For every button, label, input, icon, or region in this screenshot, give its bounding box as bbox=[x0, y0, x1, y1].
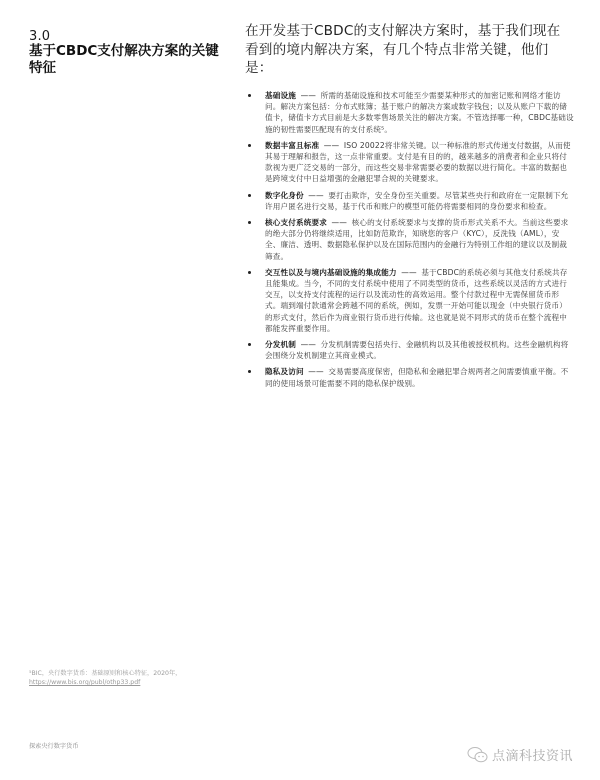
feature-item-interoperability: 交互性以及与境内基础设施的集成能力 —— 基于CBDC的系统必须与其他支付系统共… bbox=[244, 267, 574, 334]
feature-term: 隐私及访问 bbox=[265, 367, 304, 376]
watermark-text: 点滴科技资讯 bbox=[492, 745, 573, 764]
bullet-icon bbox=[248, 194, 251, 197]
feature-term: 交互性以及与境内基础设施的集成能力 bbox=[265, 268, 397, 277]
bullet-icon bbox=[248, 271, 251, 274]
em-dash: —— bbox=[301, 340, 317, 349]
feature-term: 基础设施 bbox=[265, 91, 296, 100]
feature-item-privacy: 隐私及访问 —— 交易需要高度保密，但隐私和金融犯罪合规两者之间需要慎重平衡。不… bbox=[244, 366, 574, 388]
footnote: ⁵BIC，央行数字货币：基础原则和核心特征，2020年， https://www… bbox=[29, 669, 229, 687]
section-title: 基于CBDC支付解决方案的关键特征 bbox=[29, 43, 229, 77]
section-number: 3.0 bbox=[29, 29, 50, 44]
feature-term: 核心支付系统要求 bbox=[265, 218, 327, 227]
bullet-icon bbox=[248, 221, 251, 224]
em-dash: —— bbox=[308, 191, 324, 200]
wechat-icon bbox=[467, 746, 489, 764]
feature-item-infrastructure: 基础设施 —— 所需的基础设施和技术可能至少需要某种形式的加密记账和网络才能访问… bbox=[244, 90, 574, 135]
feature-term: 数字化身份 bbox=[265, 191, 304, 200]
feature-term: 分发机制 bbox=[265, 340, 296, 349]
em-dash: —— bbox=[324, 141, 340, 150]
feature-item-data: 数据丰富且标准 —— ISO 20022将非常关键。以一种标准的形式传递支付数据… bbox=[244, 140, 574, 185]
feature-item-digital-identity: 数字化身份 —— 要打击欺诈，安全身份至关重要。尽管某些央行和政府在一定限制下允… bbox=[244, 190, 574, 212]
footnote-link[interactable]: https://www.bis.org/publ/othp33.pdf bbox=[29, 679, 140, 686]
bullet-icon bbox=[248, 94, 251, 97]
bullet-icon bbox=[248, 343, 251, 346]
footnote-text: ⁵BIC，央行数字货币：基础原则和核心特征，2020年， bbox=[29, 670, 181, 677]
feature-description: 基于CBDC的系统必须与其他支付系统共存且能集成。当今，不同的支付系统中使用了不… bbox=[265, 268, 567, 333]
watermark: 点滴科技资讯 bbox=[467, 745, 573, 764]
bullet-icon bbox=[248, 144, 251, 147]
feature-list: 基础设施 —— 所需的基础设施和技术可能至少需要某种形式的加密记账和网络才能访问… bbox=[244, 90, 574, 394]
em-dash: —— bbox=[308, 367, 324, 376]
feature-item-distribution: 分发机制 —— 分发机制需要包括央行、金融机构以及其他被授权机构。这些金融机构将… bbox=[244, 339, 574, 361]
em-dash: —— bbox=[301, 91, 317, 100]
intro-paragraph: 在开发基于CBDC的支付解决方案时，基于我们现在看到的境内解决方案，有几个特点非… bbox=[245, 22, 570, 78]
page-footer-title: 探索央行数字货币 bbox=[29, 741, 79, 750]
em-dash: —— bbox=[332, 218, 348, 227]
feature-term: 数据丰富且标准 bbox=[265, 141, 319, 150]
em-dash: —— bbox=[401, 268, 417, 277]
bullet-icon bbox=[248, 370, 251, 373]
feature-item-core-requirements: 核心支付系统要求 —— 核心的支付系统要求与支撑的货币形式关系不大。当前这些要求… bbox=[244, 217, 574, 262]
